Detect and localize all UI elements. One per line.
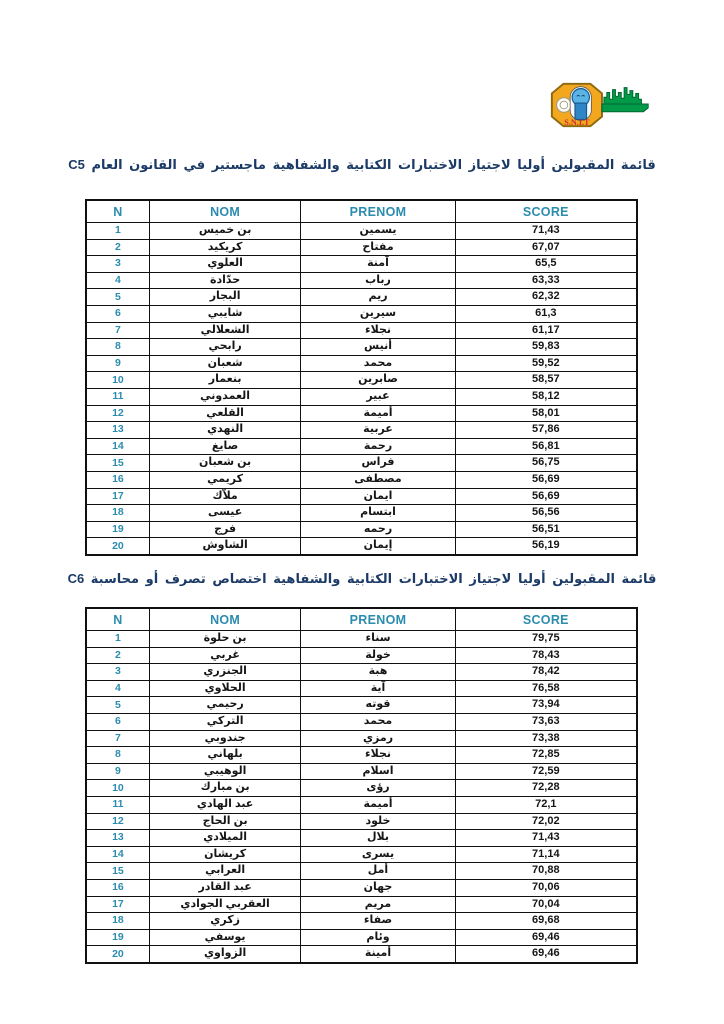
table-body: 1بن حلوةسناء79,752غربيخولة78,433الجنزريه… <box>86 631 637 963</box>
cell-n: 15 <box>86 863 149 880</box>
cell-prenom: خولة <box>301 647 455 664</box>
cell-prenom: خلود <box>301 813 455 830</box>
cell-prenom: عبير <box>301 388 455 405</box>
cell-score: 71,14 <box>455 846 637 863</box>
cell-nom: شعبان <box>149 355 301 372</box>
cell-nom: صايغ <box>149 438 301 455</box>
cell-n: 7 <box>86 730 149 747</box>
table-row: 8بلهانينجلاء72,85 <box>86 747 637 764</box>
cell-nom: البجار <box>149 289 301 306</box>
column-header-n: N <box>86 200 149 223</box>
table-header: N NOM PRENOM SCORE <box>86 608 637 631</box>
cell-n: 4 <box>86 680 149 697</box>
table-row: 8رابحيأنيس59,83 <box>86 339 637 356</box>
cell-n: 10 <box>86 780 149 797</box>
cell-nom: كريكيد <box>149 239 301 256</box>
table-row: 1بن حلوةسناء79,75 <box>86 631 637 648</box>
cell-score: 58,01 <box>455 405 637 422</box>
cell-nom: عبد الهادي <box>149 796 301 813</box>
table-row: 10بنعمارصابرين58,57 <box>86 372 637 389</box>
cell-score: 58,57 <box>455 372 637 389</box>
cell-score: 69,46 <box>455 946 637 963</box>
table-body: 1بن خميسيسمين71,432كريكيدمفتاح67,073العل… <box>86 223 637 555</box>
cell-nom: حدّادة <box>149 272 301 289</box>
cell-n: 15 <box>86 455 149 472</box>
table-row: 1بن خميسيسمين71,43 <box>86 223 637 240</box>
cell-prenom: هبة <box>301 664 455 681</box>
table-row: 5البجارريم62,32 <box>86 289 637 306</box>
cell-prenom: أمل <box>301 863 455 880</box>
cell-n: 20 <box>86 946 149 963</box>
cell-nom: رحيمي <box>149 697 301 714</box>
cell-nom: القلعي <box>149 405 301 422</box>
cell-n: 9 <box>86 355 149 372</box>
column-header-prenom: PRENOM <box>301 608 455 631</box>
cell-prenom: رؤى <box>301 780 455 797</box>
cell-nom: عبد القادر <box>149 879 301 896</box>
cell-n: 13 <box>86 830 149 847</box>
cell-nom: جندوبي <box>149 730 301 747</box>
table-row: 20الشاوشإيمان56,19 <box>86 538 637 555</box>
cell-score: 71,43 <box>455 830 637 847</box>
cell-score: 56,56 <box>455 505 637 522</box>
table-row: 3العلويآمنة65,5 <box>86 256 637 273</box>
cell-n: 9 <box>86 763 149 780</box>
table-row: 12بن الحاجخلود72,02 <box>86 813 637 830</box>
cell-nom: بلهاني <box>149 747 301 764</box>
cell-n: 17 <box>86 488 149 505</box>
cell-prenom: أنيس <box>301 339 455 356</box>
cell-prenom: سناء <box>301 631 455 648</box>
results-table-c6: N NOM PRENOM SCORE 1بن حلوةسناء79,752غرب… <box>85 607 638 964</box>
cell-prenom: مفتاح <box>301 239 455 256</box>
cell-prenom: إيمان <box>301 538 455 555</box>
cell-prenom: نجلاء <box>301 747 455 764</box>
cell-prenom: نجلاء <box>301 322 455 339</box>
table-row: 2غربيخولة78,43 <box>86 647 637 664</box>
cell-n: 6 <box>86 305 149 322</box>
cell-score: 70,06 <box>455 879 637 896</box>
cell-score: 57,86 <box>455 422 637 439</box>
table-row: 15بن شعبانفراس56,75 <box>86 455 637 472</box>
cell-n: 1 <box>86 631 149 648</box>
cell-n: 5 <box>86 289 149 306</box>
cell-n: 5 <box>86 697 149 714</box>
cell-n: 19 <box>86 521 149 538</box>
table-row: 12القلعيأميمة58,01 <box>86 405 637 422</box>
emblem-circle <box>557 98 571 112</box>
cell-n: 14 <box>86 846 149 863</box>
cell-score: 72,02 <box>455 813 637 830</box>
cell-score: 56,19 <box>455 538 637 555</box>
table-row: 5رحيميقوته73,94 <box>86 697 637 714</box>
cell-nom: بن الحاج <box>149 813 301 830</box>
cell-score: 70,88 <box>455 863 637 880</box>
cell-nom: زكري <box>149 913 301 930</box>
cell-nom: التركي <box>149 713 301 730</box>
cell-nom: النهدي <box>149 422 301 439</box>
cell-score: 63,33 <box>455 272 637 289</box>
cell-n: 14 <box>86 438 149 455</box>
column-header-score: SCORE <box>455 608 637 631</box>
cell-n: 2 <box>86 647 149 664</box>
cell-prenom: ايمان <box>301 488 455 505</box>
cell-prenom: اسلام <box>301 763 455 780</box>
cell-prenom: سيرين <box>301 305 455 322</box>
key-logo-graphic: S.N.I.T <box>548 78 654 132</box>
cell-n: 3 <box>86 256 149 273</box>
cell-n: 12 <box>86 405 149 422</box>
cell-nom: غربي <box>149 647 301 664</box>
cell-nom: رابحي <box>149 339 301 356</box>
cell-prenom: محمد <box>301 355 455 372</box>
cell-n: 8 <box>86 339 149 356</box>
table-row: 7جندوبيرمزي73,38 <box>86 730 637 747</box>
cell-score: 56,51 <box>455 521 637 538</box>
cell-prenom: جهان <box>301 879 455 896</box>
cell-nom: الشعلالي <box>149 322 301 339</box>
cell-prenom: رحمة <box>301 438 455 455</box>
table-row: 16عبد القادرجهان70,06 <box>86 879 637 896</box>
cell-score: 65,5 <box>455 256 637 273</box>
cell-prenom: محمد <box>301 713 455 730</box>
cell-score: 72,28 <box>455 780 637 797</box>
cell-nom: شايبي <box>149 305 301 322</box>
results-table-c5: N NOM PRENOM SCORE 1بن خميسيسمين71,432كر… <box>85 199 638 556</box>
cell-score: 79,75 <box>455 631 637 648</box>
cell-n: 8 <box>86 747 149 764</box>
cell-nom: الوهيبي <box>149 763 301 780</box>
table-row: 17ملاّكايمان56,69 <box>86 488 637 505</box>
cell-n: 16 <box>86 879 149 896</box>
cell-score: 61,3 <box>455 305 637 322</box>
cell-score: 58,12 <box>455 388 637 405</box>
cell-prenom: رحمه <box>301 521 455 538</box>
table-row: 11عبد الهاديأميمة72,1 <box>86 796 637 813</box>
table-row: 19فرجرحمه56,51 <box>86 521 637 538</box>
cell-nom: العقربي الجوادي <box>149 896 301 913</box>
cell-score: 76,58 <box>455 680 637 697</box>
cell-n: 18 <box>86 505 149 522</box>
cell-n: 4 <box>86 272 149 289</box>
document-page: S.N.I.T قائمة المقبولين أوليا لاجتياز ال… <box>0 0 724 1024</box>
list-title-c6: قائمة المقبولين أوليا لاجتياز الاختبارات… <box>0 571 724 587</box>
cell-score: 59,52 <box>455 355 637 372</box>
table-row: 18عيسىابتسام56,56 <box>86 505 637 522</box>
cell-n: 13 <box>86 422 149 439</box>
cell-n: 19 <box>86 929 149 946</box>
table-row: 14صايغرحمة56,81 <box>86 438 637 455</box>
cell-nom: يوسفي <box>149 929 301 946</box>
cell-prenom: مريم <box>301 896 455 913</box>
table-row: 17العقربي الجواديمريم70,04 <box>86 896 637 913</box>
cell-score: 73,63 <box>455 713 637 730</box>
cell-n: 17 <box>86 896 149 913</box>
cell-score: 56,69 <box>455 488 637 505</box>
header-row: N NOM PRENOM SCORE <box>86 200 637 223</box>
cell-n: 3 <box>86 664 149 681</box>
cell-prenom: أمينة <box>301 946 455 963</box>
cell-prenom: صفاء <box>301 913 455 930</box>
cell-prenom: يسرى <box>301 846 455 863</box>
cell-nom: الشاوش <box>149 538 301 555</box>
cell-n: 12 <box>86 813 149 830</box>
snit-logo: S.N.I.T <box>548 78 654 132</box>
cell-prenom: رمزي <box>301 730 455 747</box>
cell-score: 62,32 <box>455 289 637 306</box>
table-row: 13النهديعربية57,86 <box>86 422 637 439</box>
cell-n: 20 <box>86 538 149 555</box>
cell-prenom: مصطفى <box>301 471 455 488</box>
key-shaft <box>602 104 648 112</box>
cell-nom: العمدوني <box>149 388 301 405</box>
cell-score: 71,43 <box>455 223 637 240</box>
column-header-prenom: PRENOM <box>301 200 455 223</box>
table-row: 13الميلاديبلال71,43 <box>86 830 637 847</box>
cell-n: 6 <box>86 713 149 730</box>
cell-score: 56,81 <box>455 438 637 455</box>
table-row: 6التركيمحمد73,63 <box>86 713 637 730</box>
cell-score: 72,59 <box>455 763 637 780</box>
cell-nom: الزواوي <box>149 946 301 963</box>
column-header-n: N <box>86 608 149 631</box>
table-row: 18زكريصفاء69,68 <box>86 913 637 930</box>
cell-prenom: وئام <box>301 929 455 946</box>
cell-score: 69,68 <box>455 913 637 930</box>
table-row: 6شايبيسيرين61,3 <box>86 305 637 322</box>
cell-nom: بن شعبان <box>149 455 301 472</box>
cell-prenom: يسمين <box>301 223 455 240</box>
table-header: N NOM PRENOM SCORE <box>86 200 637 223</box>
cell-prenom: صابرين <box>301 372 455 389</box>
cell-nom: فرج <box>149 521 301 538</box>
cell-n: 11 <box>86 796 149 813</box>
cell-prenom: أميمة <box>301 405 455 422</box>
cell-prenom: ريم <box>301 289 455 306</box>
table-row: 16كريميمصطفى56,69 <box>86 471 637 488</box>
cell-score: 78,42 <box>455 664 637 681</box>
cell-nom: العلوي <box>149 256 301 273</box>
cell-nom: الجنزري <box>149 664 301 681</box>
cell-nom: العرابي <box>149 863 301 880</box>
cell-prenom: بلال <box>301 830 455 847</box>
cell-nom: عيسى <box>149 505 301 522</box>
cell-score: 72,85 <box>455 747 637 764</box>
cell-prenom: ابتسام <box>301 505 455 522</box>
column-header-score: SCORE <box>455 200 637 223</box>
cell-n: 11 <box>86 388 149 405</box>
table-row: 11العمدونيعبير58,12 <box>86 388 637 405</box>
cell-n: 10 <box>86 372 149 389</box>
cell-prenom: أميمة <box>301 796 455 813</box>
cell-n: 2 <box>86 239 149 256</box>
list-title-c5: قائمة المقبولين أوليا لاجتياز الاختبارات… <box>0 157 724 173</box>
cell-prenom: قوته <box>301 697 455 714</box>
cell-prenom: رباب <box>301 272 455 289</box>
cell-n: 7 <box>86 322 149 339</box>
cell-nom: بنعمار <box>149 372 301 389</box>
cell-n: 1 <box>86 223 149 240</box>
table-row: 10بن مباركرؤى72,28 <box>86 780 637 797</box>
table-row: 9الوهيبياسلام72,59 <box>86 763 637 780</box>
cell-score: 59,83 <box>455 339 637 356</box>
cell-score: 69,46 <box>455 929 637 946</box>
cell-prenom: آمنة <box>301 256 455 273</box>
cell-score: 78,43 <box>455 647 637 664</box>
cell-score: 56,69 <box>455 471 637 488</box>
cell-nom: بن خميس <box>149 223 301 240</box>
header-row: N NOM PRENOM SCORE <box>86 608 637 631</box>
table-row: 15العرابيأمل70,88 <box>86 863 637 880</box>
cell-score: 73,94 <box>455 697 637 714</box>
table-row: 7الشعلالينجلاء61,17 <box>86 322 637 339</box>
table-row: 20الزواويأمينة69,46 <box>86 946 637 963</box>
key-teeth-skyline <box>604 88 642 104</box>
cell-n: 16 <box>86 471 149 488</box>
cell-score: 73,38 <box>455 730 637 747</box>
table-row: 4الحلاويآية76,58 <box>86 680 637 697</box>
cell-score: 67,07 <box>455 239 637 256</box>
column-header-nom: NOM <box>149 608 301 631</box>
cell-prenom: فراس <box>301 455 455 472</box>
cell-nom: كريشان <box>149 846 301 863</box>
table-row: 4حدّادةرباب63,33 <box>86 272 637 289</box>
table-row: 3الجنزريهبة78,42 <box>86 664 637 681</box>
cell-nom: الميلادي <box>149 830 301 847</box>
cell-nom: الحلاوي <box>149 680 301 697</box>
table-row: 19يوسفيوئام69,46 <box>86 929 637 946</box>
cell-nom: كريمي <box>149 471 301 488</box>
table-row: 2كريكيدمفتاح67,07 <box>86 239 637 256</box>
cell-score: 56,75 <box>455 455 637 472</box>
cell-nom: بن مبارك <box>149 780 301 797</box>
cell-prenom: آية <box>301 680 455 697</box>
table-row: 9شعبانمحمد59,52 <box>86 355 637 372</box>
cell-score: 70,04 <box>455 896 637 913</box>
cell-n: 18 <box>86 913 149 930</box>
table-row: 14كريشانيسرى71,14 <box>86 846 637 863</box>
column-header-nom: NOM <box>149 200 301 223</box>
cell-prenom: عربية <box>301 422 455 439</box>
logo-caption: S.N.I.T <box>564 118 590 127</box>
cell-nom: ملاّك <box>149 488 301 505</box>
cell-score: 61,17 <box>455 322 637 339</box>
cell-score: 72,1 <box>455 796 637 813</box>
cell-nom: بن حلوة <box>149 631 301 648</box>
